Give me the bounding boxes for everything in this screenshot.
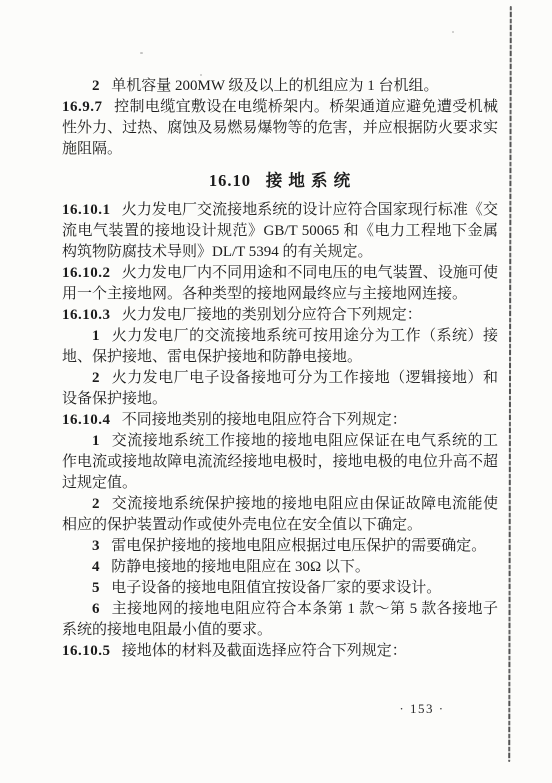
item-number: 1 [92,433,100,449]
clause-text: 接地体的材料及截面选择应符合下列规定： [122,643,407,659]
list-item-paragraph: 3雷电保护接地的接地电阻应根据过电压保护的需要确定。 [62,536,498,557]
list-item-paragraph: 5电子设备的接地电阻值宜按设备厂家的要求设计。 [62,578,498,599]
clause-paragraph: 16.10.4不同接地类别的接地电阻应符合下列规定： [62,410,498,431]
section-heading: 16.10接 地 系 统 [62,170,498,191]
item-number: 3 [92,538,100,554]
item-text: 主接地网的接地电阻应符合本条第 1 款～第 5 款各接地子系统的接地电阻最小值的… [62,601,498,638]
clause-number: 16.10.2 [62,265,111,281]
clause-text: 火力发电厂接地的类别划分应符合下列规定： [122,307,422,323]
clause-paragraph: 16.10.1火力发电厂交流接地系统的设计应符合国家现行标准《交流电气装置的接地… [62,200,498,263]
list-item-paragraph: 1火力发电厂的交流接地系统可按用途分为工作（系统）接地、保护接地、雷电保护接地和… [62,326,498,368]
item-text: 单机容量 200MW 级及以上的机组应为 1 台机组。 [111,78,438,94]
clause-number: 16.10.5 [62,643,111,659]
clause-text: 火力发电厂内不同用途和不同电压的电气装置、设施可使用一个主接地网。各种类型的接地… [62,265,498,302]
clause-paragraph: 16.9.7控制电缆宜敷设在电缆桥架内。桥架通道应避免遭受机械性外力、过热、腐蚀… [62,97,498,160]
list-item-paragraph: 2单机容量 200MW 级及以上的机组应为 1 台机组。 [62,76,498,97]
item-number: 1 [92,328,100,344]
document-page: 2单机容量 200MW 级及以上的机组应为 1 台机组。 16.9.7控制电缆宜… [0,0,552,783]
scan-speck [200,74,202,76]
item-number: 2 [92,78,100,94]
item-text: 雷电保护接地的接地电阻应根据过电压保护的需要确定。 [111,538,486,554]
list-item-paragraph: 4防静电接地的接地电阻应在 30Ω 以下。 [62,557,498,578]
item-number: 2 [92,370,100,386]
item-text: 火力发电厂的交流接地系统可按用途分为工作（系统）接地、保护接地、雷电保护接地和防… [62,328,498,365]
list-item-paragraph: 2交流接地系统保护接地的接地电阻应由保证故障电流能使相应的保护装置动作或使外壳电… [62,494,498,536]
clause-text: 不同接地类别的接地电阻应符合下列规定： [122,412,407,428]
clause-paragraph: 16.10.2火力发电厂内不同用途和不同电压的电气装置、设施可使用一个主接地网。… [62,263,498,305]
clause-paragraph: 16.10.3火力发电厂接地的类别划分应符合下列规定： [62,305,498,326]
list-item-paragraph: 1交流接地系统工作接地的接地电阻应保证在电气系统的工作电流或接地故障电流流经接地… [62,431,498,494]
item-text: 火力发电厂电子设备接地可分为工作接地（逻辑接地）和设备保护接地。 [62,370,498,407]
clause-number: 16.10.4 [62,412,111,428]
clause-text: 火力发电厂交流接地系统的设计应符合国家现行标准《交流电气装置的接地设计规范》GB… [62,202,498,260]
page-number: · 153 · [383,701,461,717]
clause-text: 控制电缆宜敷设在电缆桥架内。桥架通道应避免遭受机械性外力、过热、腐蚀及易燃易爆物… [62,99,498,157]
clause-number: 16.9.7 [62,99,103,115]
item-text: 交流接地系统工作接地的接地电阻应保证在电气系统的工作电流或接地故障电流流经接地电… [62,433,498,491]
document-text-block: 2单机容量 200MW 级及以上的机组应为 1 台机组。 16.9.7控制电缆宜… [62,76,498,662]
clause-number: 16.10.3 [62,307,111,323]
section-heading-number: 16.10 [209,171,251,190]
scan-speck [140,52,143,54]
clause-number: 16.10.1 [62,202,111,218]
item-text: 防静电接地的接地电阻应在 30Ω 以下。 [111,559,370,575]
scan-edge-artifact [508,6,512,762]
item-number: 2 [92,496,100,512]
section-heading-title: 接 地 系 统 [266,171,351,190]
clause-paragraph: 16.10.5接地体的材料及截面选择应符合下列规定： [62,641,498,662]
list-item-paragraph: 2火力发电厂电子设备接地可分为工作接地（逻辑接地）和设备保护接地。 [62,368,498,410]
list-item-paragraph: 6主接地网的接地电阻应符合本条第 1 款～第 5 款各接地子系统的接地电阻最小值… [62,599,498,641]
item-number: 4 [92,559,100,575]
item-number: 5 [92,580,100,596]
item-text: 交流接地系统保护接地的接地电阻应由保证故障电流能使相应的保护装置动作或使外壳电位… [62,496,498,533]
scan-speck [452,31,454,33]
item-number: 6 [92,601,100,617]
item-text: 电子设备的接地电阻值宜按设备厂家的要求设计。 [111,580,441,596]
